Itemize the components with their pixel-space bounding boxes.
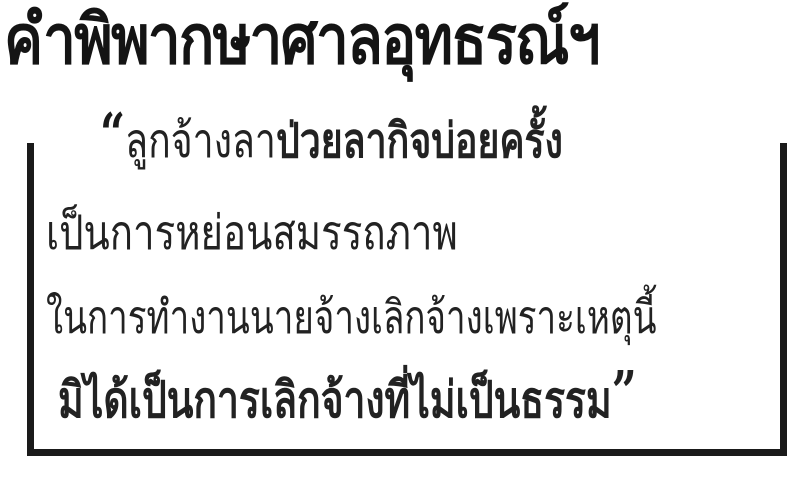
quote-line-1-light: ลูกจ้างลา — [125, 113, 276, 169]
quote-line-3: ในการทำงานนายจ้างเลิกจ้างเพราะเหตุนี้ — [46, 282, 657, 352]
quote-line-4-text: มิได้เป็นการเลิกจ้างที่ไม่เป็นธรรม — [58, 371, 612, 429]
quote-frame-right-border — [780, 143, 787, 456]
quote-frame-left-border — [27, 143, 34, 456]
quote-line-4: มิได้เป็นการเลิกจ้างที่ไม่เป็นธรรม” — [58, 364, 637, 436]
quote-line-1: “ลูกจ้างลาป่วยลากิจบ่อยครั้ง — [100, 106, 563, 176]
quote-frame-bottom-border — [27, 449, 787, 456]
close-quote-mark: ” — [612, 359, 637, 425]
headline-title: คำพิพากษาศาลอุทธรณ์ฯ — [4, 0, 689, 86]
quote-line-2: เป็นการหย่อนสมรรถภาพ — [46, 198, 458, 268]
open-quote-mark: “ — [100, 101, 125, 167]
quote-line-1-bold: ป่วยลากิจบ่อยครั้ง — [276, 113, 563, 169]
